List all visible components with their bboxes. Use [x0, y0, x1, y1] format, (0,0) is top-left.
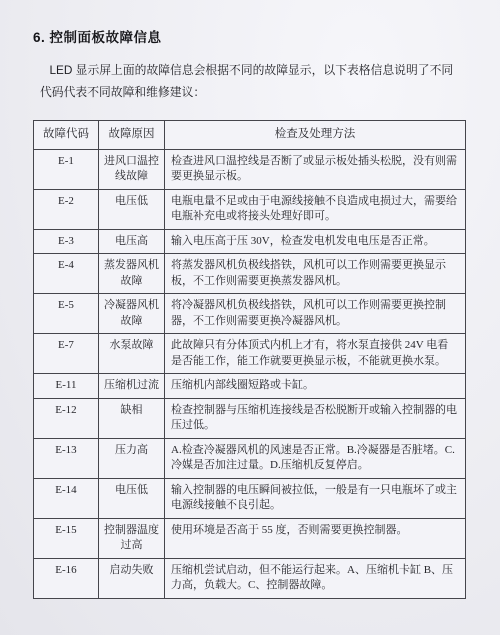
- fault-action-cell: A.检查冷凝器风机的风速是否正常。B.冷凝器是否脏堵。C.冷媒是否加注过量。D.…: [165, 438, 466, 478]
- fault-action-cell: 压缩机尝试启动，但不能运行起来。A、压缩机卡缸 B、压力高，负载大。C、控制器故…: [165, 558, 466, 598]
- fault-code-cell: E-12: [34, 398, 99, 438]
- fault-code-table: 故障代码 故障原因 检查及处理方法 E-1 进风口温控线故障 检查进风口温控线是…: [33, 120, 466, 599]
- fault-action-cell: 检查控制器与压缩机连接线是否松脱断开或输入控制器的电压过低。: [165, 398, 466, 438]
- fault-code-cell: E-14: [34, 478, 99, 518]
- fault-cause-cell: 电压低: [99, 478, 165, 518]
- fault-cause-cell: 蒸发器风机故障: [99, 254, 165, 294]
- manual-page: 6. 控制面板故障信息 LED 显示屏上面的故障信息会根据不同的故障显示，以下表…: [0, 0, 500, 599]
- table-row: E-5 冷凝器风机故障 将冷凝器风机负极线搭铁，风机可以工作则需要更换控制器，不…: [34, 294, 466, 334]
- table-row: E-2 电压低 电瓶电量不足或由于电源线接触不良造成电损过大，需要给电瓶补充电或…: [34, 189, 466, 229]
- fault-cause-cell: 进风口温控线故障: [99, 149, 165, 189]
- fault-code-cell: E-16: [34, 558, 99, 598]
- table-row: E-13 压力高 A.检查冷凝器风机的风速是否正常。B.冷凝器是否脏堵。C.冷媒…: [34, 438, 466, 478]
- fault-code-cell: E-4: [34, 254, 99, 294]
- table-row: E-16 启动失败 压缩机尝试启动，但不能运行起来。A、压缩机卡缸 B、压力高，…: [34, 558, 466, 598]
- fault-action-cell: 将蒸发器风机负极线搭铁，风机可以工作则需要更换显示板，不工作则需要更换蒸发器风机…: [165, 254, 466, 294]
- fault-action-cell: 使用环境是否高于 55 度，否则需要更换控制器。: [165, 518, 466, 558]
- section-title: 6. 控制面板故障信息: [33, 26, 470, 46]
- fault-code-cell: E-15: [34, 518, 99, 558]
- fault-table-header: 故障代码 故障原因 检查及处理方法: [34, 121, 466, 150]
- fault-action-cell: 输入控制器的电压瞬间被拉低，一般是有一只电瓶坏了或主电源线接触不良引起。: [165, 478, 466, 518]
- fault-cause-cell: 电压高: [99, 229, 165, 254]
- fault-cause-cell: 压缩机过流: [99, 374, 165, 399]
- header-row: 故障代码 故障原因 检查及处理方法: [34, 121, 466, 150]
- fault-code-cell: E-5: [34, 294, 99, 334]
- fault-action-cell: 检查进风口温控线是否断了或显示板处插头松脱，没有则需要更换显示板。: [165, 149, 466, 189]
- fault-code-cell: E-7: [34, 334, 99, 374]
- fault-code-cell: E-3: [34, 229, 99, 254]
- fault-action-cell: 将冷凝器风机负极线搭铁，风机可以工作则需要更换控制器，不工作则需要更换冷凝器风机…: [165, 294, 466, 334]
- fault-action-cell: 此故障只有分体顶式内机上才有，将水泵直接供 24V 电看是否能工作，能工作就要更…: [165, 334, 466, 374]
- table-row: E-12 缺相 检查控制器与压缩机连接线是否松脱断开或输入控制器的电压过低。: [34, 398, 466, 438]
- fault-code-cell: E-11: [34, 374, 99, 399]
- fault-action-cell: 输入电压高于压 30V，检查发电机发电电压是否正常。: [165, 229, 466, 254]
- intro-paragraph: LED 显示屏上面的故障信息会根据不同的故障显示，以下表格信息说明了不同代码代表…: [33, 59, 463, 103]
- table-row: E-14 电压低 输入控制器的电压瞬间被拉低，一般是有一只电瓶坏了或主电源线接触…: [34, 478, 466, 518]
- header-check-method: 检查及处理方法: [165, 121, 466, 150]
- fault-code-cell: E-1: [34, 149, 99, 189]
- fault-cause-cell: 压力高: [99, 438, 165, 478]
- fault-cause-cell: 电压低: [99, 189, 165, 229]
- fault-action-cell: 压缩机内部线圈短路或卡缸。: [165, 374, 466, 399]
- fault-table-body: E-1 进风口温控线故障 检查进风口温控线是否断了或显示板处插头松脱，没有则需要…: [34, 149, 466, 598]
- table-row: E-4 蒸发器风机故障 将蒸发器风机负极线搭铁，风机可以工作则需要更换显示板，不…: [34, 254, 466, 294]
- table-row: E-3 电压高 输入电压高于压 30V，检查发电机发电电压是否正常。: [34, 229, 466, 254]
- fault-cause-cell: 启动失败: [99, 558, 165, 598]
- fault-cause-cell: 缺相: [99, 398, 165, 438]
- table-row: E-15 控制器温度过高 使用环境是否高于 55 度，否则需要更换控制器。: [34, 518, 466, 558]
- table-row: E-7 水泵故障 此故障只有分体顶式内机上才有，将水泵直接供 24V 电看是否能…: [34, 334, 466, 374]
- fault-cause-cell: 水泵故障: [99, 334, 165, 374]
- fault-code-cell: E-2: [34, 189, 99, 229]
- fault-cause-cell: 控制器温度过高: [99, 518, 165, 558]
- table-row: E-1 进风口温控线故障 检查进风口温控线是否断了或显示板处插头松脱，没有则需要…: [34, 149, 466, 189]
- header-fault-cause: 故障原因: [99, 121, 165, 150]
- table-row: E-11 压缩机过流 压缩机内部线圈短路或卡缸。: [34, 374, 466, 399]
- fault-cause-cell: 冷凝器风机故障: [99, 294, 165, 334]
- fault-code-cell: E-13: [34, 438, 99, 478]
- header-fault-code: 故障代码: [34, 121, 99, 150]
- fault-action-cell: 电瓶电量不足或由于电源线接触不良造成电损过大，需要给电瓶补充电或将接头处理好即可…: [165, 189, 466, 229]
